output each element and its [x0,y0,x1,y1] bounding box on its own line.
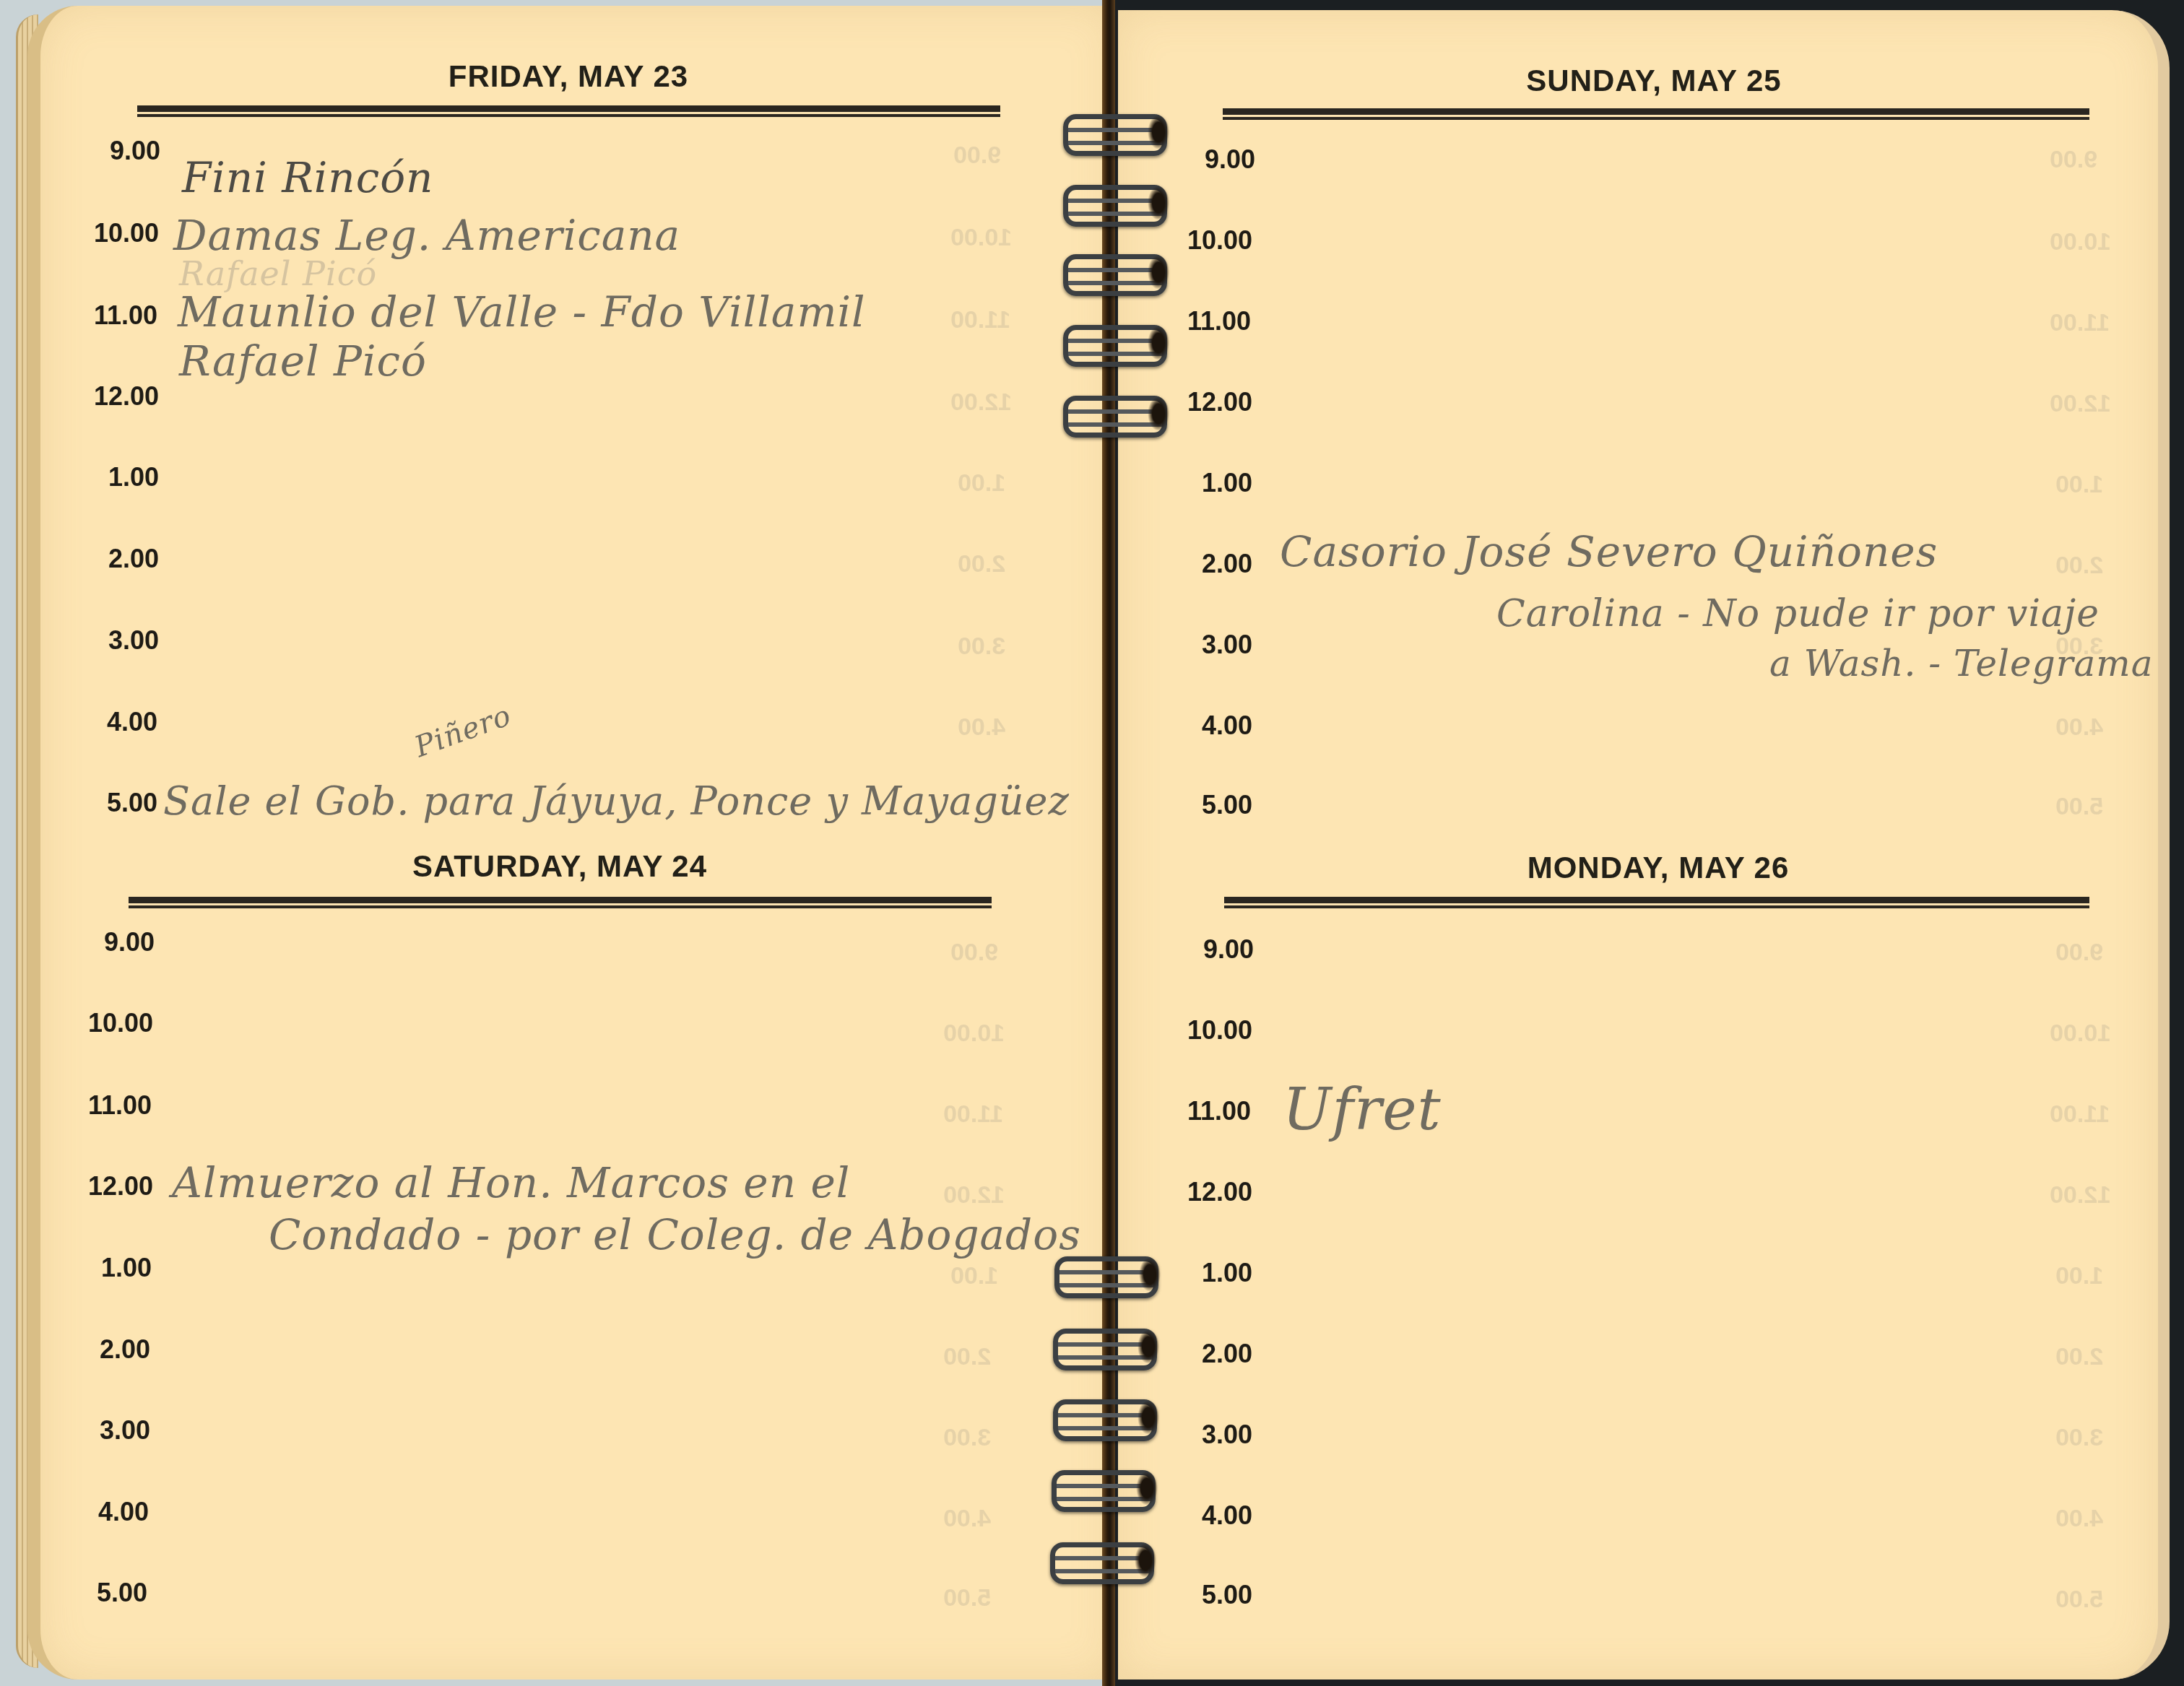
time-label: 3.00 [100,1415,150,1446]
time-label: 5.00 [97,1578,147,1608]
time-label: 9.00 [110,136,160,166]
show-through-time: 2.00 [2055,552,2103,580]
time-label: 4.00 [1202,1500,1252,1531]
show-through-time: 3.00 [2055,1424,2103,1452]
day-header-saturday: SATURDAY, MAY 24 [412,849,707,884]
spiral-coil [1063,396,1167,438]
handwritten-entry: Rafael Picó [179,336,427,386]
show-through-time: 1.00 [2055,1262,2103,1290]
show-through-time: 10.00 [943,1020,1005,1048]
spiral-coil [1052,1470,1156,1512]
show-through-time: 10.00 [2050,228,2111,256]
show-through-time: 5.00 [943,1584,991,1612]
day-header-monday: MONDAY, MAY 26 [1527,851,1790,885]
time-label: 5.00 [107,788,157,818]
show-through-time: 9.00 [2055,939,2103,967]
handwritten-entry: Sale el Gob. para Jáyuya, Ponce y Mayagü… [163,778,1070,824]
time-label: 3.00 [1202,1420,1252,1450]
time-label: 9.00 [104,927,155,957]
header-rule [137,105,1000,117]
spiral-coil [1053,1329,1157,1370]
time-label: 12.00 [1187,387,1252,417]
handwritten-entry: Fini Rincón [182,153,433,202]
handwritten-entry: Damas Leg. Americana [173,211,680,260]
time-label: 11.00 [88,1090,152,1121]
time-label: 1.00 [108,462,159,492]
time-label: 3.00 [1202,630,1252,660]
time-label: 1.00 [1202,1258,1252,1288]
spiral-coil [1063,254,1167,296]
handwritten-entry: Ufret [1283,1076,1442,1143]
time-label: 12.00 [1187,1177,1252,1207]
show-through-time: 4.00 [2055,713,2103,742]
time-label: 2.00 [100,1334,150,1365]
time-label: 1.00 [101,1253,152,1283]
time-label: 2.00 [1202,1339,1252,1369]
time-label: 10.00 [94,218,159,248]
show-through-time: 4.00 [943,1505,991,1533]
header-rule [129,897,992,908]
time-label: 11.00 [1187,306,1251,336]
show-through-time: 2.00 [2055,1343,2103,1371]
time-label: 2.00 [1202,549,1252,579]
time-label: 2.00 [108,544,159,574]
time-label: 11.00 [1187,1096,1251,1126]
show-through-time: 11.00 [2050,1100,2110,1129]
time-label: 10.00 [1187,1015,1252,1046]
show-through-time: 10.00 [950,224,1012,252]
time-label: 4.00 [98,1497,149,1527]
show-through-time: 2.00 [958,550,1005,578]
time-label: 12.00 [94,381,159,412]
show-through-time: 12.00 [950,388,1012,417]
handwritten-entry: Maunlio del Valle - Fdo Villamil [178,287,866,336]
show-through-time: 3.00 [943,1424,991,1452]
spiral-coil [1063,114,1167,156]
show-through-time: 12.00 [2050,1181,2111,1209]
show-through-time: 1.00 [950,1262,998,1290]
show-through-time: 3.00 [2055,633,2103,661]
show-through-time: 9.00 [953,142,1001,170]
time-label: 5.00 [1202,1580,1252,1610]
spiral-coil [1054,1256,1158,1298]
day-header-sunday: SUNDAY, MAY 25 [1526,64,1781,98]
show-through-time: 12.00 [2050,390,2111,418]
show-through-time: 11.00 [943,1100,1003,1129]
spiral-coil [1053,1399,1157,1441]
show-through-time: 5.00 [2055,1586,2103,1614]
time-label: 9.00 [1205,144,1255,175]
show-through-time: 11.00 [2050,309,2110,337]
show-through-time: 10.00 [2050,1020,2111,1048]
right-page [1118,10,2170,1680]
show-through-time: 12.00 [943,1181,1005,1209]
spiral-coil [1063,185,1167,227]
show-through-time: 9.00 [950,939,998,967]
handwritten-entry: Condado - por el Coleg. de Abogados [269,1210,1081,1259]
show-through-time: 1.00 [2055,471,2103,499]
handwritten-entry: Almuerzo al Hon. Marcos en el [172,1158,850,1207]
show-through-time: 5.00 [2055,793,2103,821]
time-label: 3.00 [108,625,159,656]
handwritten-entry: Casorio José Severo Quiñones [1280,527,1938,576]
show-through-time: 4.00 [2055,1505,2103,1533]
show-through-time: 1.00 [958,469,1005,497]
handwritten-entry: Carolina - No pude ir por viaje [1496,592,2099,635]
spiral-coil [1063,325,1167,367]
time-label: 4.00 [1202,711,1252,741]
time-label: 4.00 [107,707,157,737]
show-through-time: 3.00 [958,633,1005,661]
time-label: 5.00 [1202,790,1252,820]
show-through-time: 4.00 [958,713,1005,742]
time-label: 12.00 [88,1171,153,1202]
day-header-friday: FRIDAY, MAY 23 [448,59,688,94]
show-through-time: 11.00 [950,306,1010,334]
time-label: 10.00 [88,1008,153,1038]
spiral-coil [1050,1542,1154,1584]
time-label: 10.00 [1187,225,1252,256]
show-through-time: 2.00 [943,1343,991,1371]
header-rule [1223,108,2089,120]
time-label: 1.00 [1202,468,1252,498]
time-label: 11.00 [94,300,157,331]
header-rule [1224,897,2089,908]
show-through-time: 9.00 [2050,146,2097,174]
time-label: 9.00 [1203,934,1254,965]
